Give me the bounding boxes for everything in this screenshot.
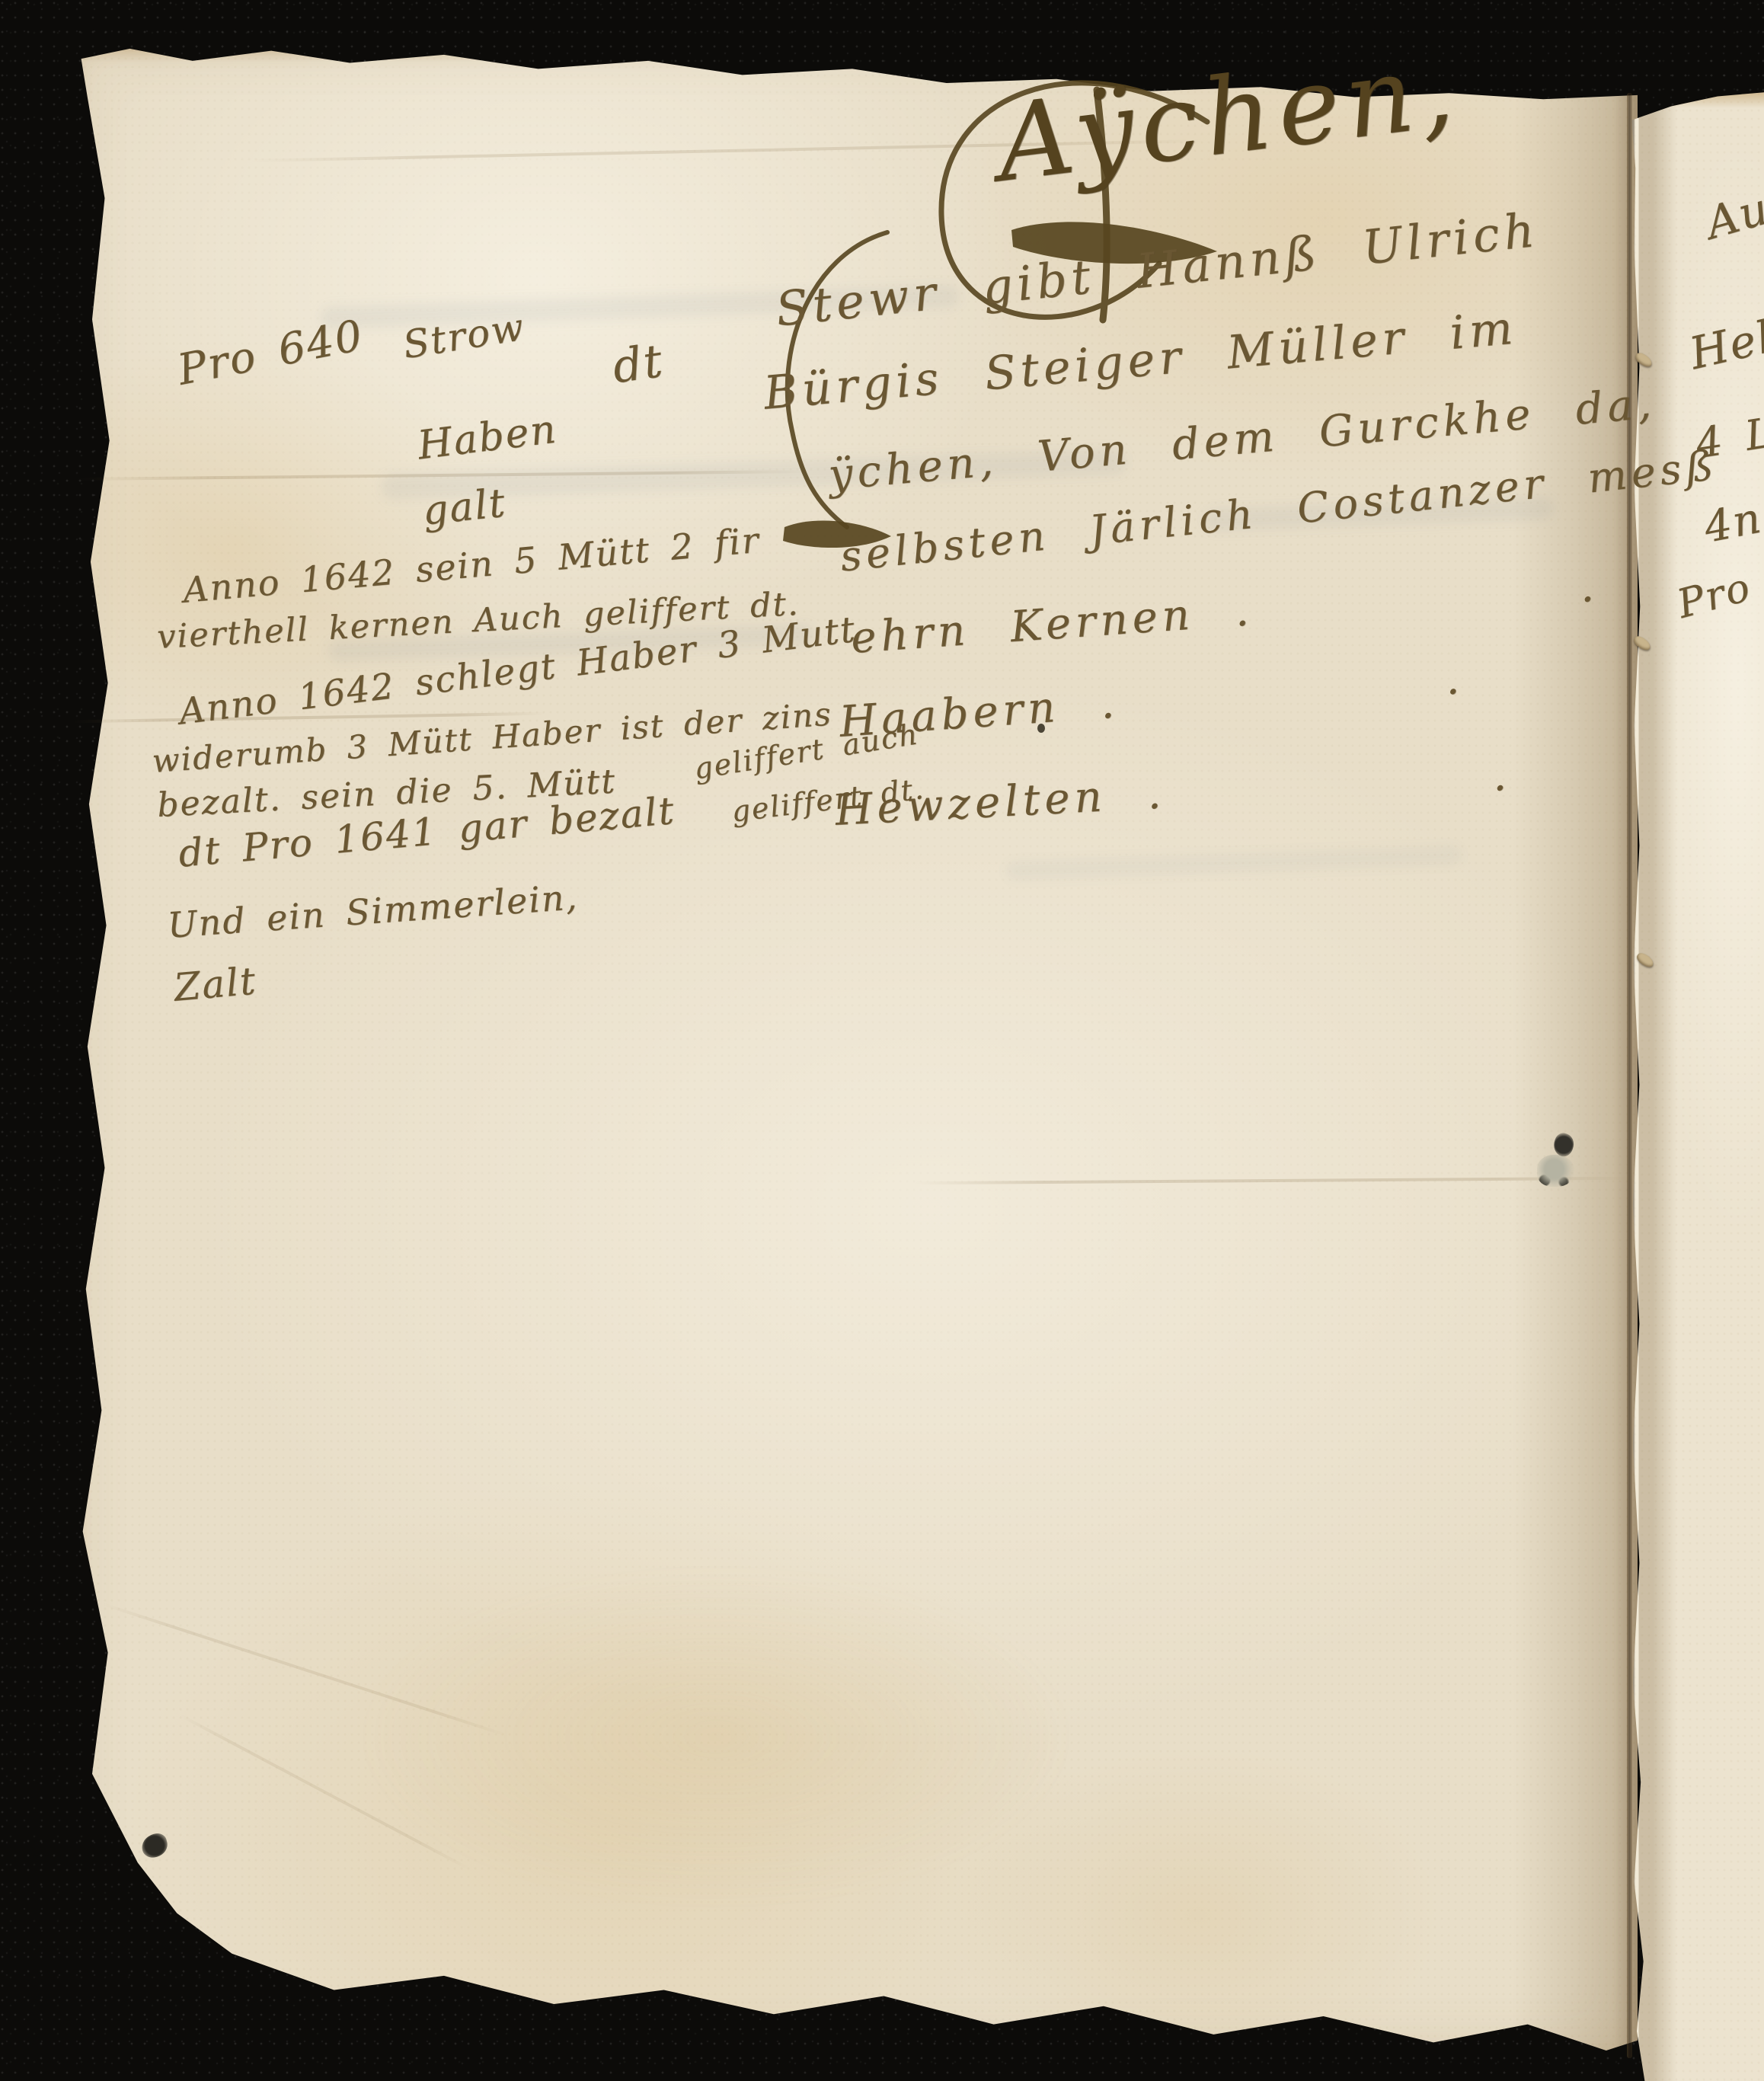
manuscript-fragment: 4n: [1700, 494, 1764, 553]
manuscript-fragment: Auc: [1700, 175, 1764, 250]
manuscript-line: Hewzelten . . 7. fl –: [834, 724, 1764, 836]
page-heading: Aÿchen,: [990, 27, 1465, 206]
ink-layer: Aÿchen,Stewr gibt Hannß UlrichBürgis Ste…: [0, 0, 1764, 2081]
manuscript-margin-line: Pro 640: [174, 311, 368, 395]
manuscript-fragment: Heb: [1685, 307, 1764, 379]
manuscript-fragment: 4 L: [1692, 408, 1764, 468]
manuscript-margin-line: Und ein Simmerlein,: [166, 876, 580, 946]
manuscript-margin-line: dt: [609, 334, 667, 395]
manuscript-margin-line: Strow: [400, 305, 528, 367]
manuscript-margin-line: galt: [420, 481, 508, 535]
manuscript-margin-line: Haben: [415, 407, 560, 469]
manuscript-margin-line: Zalt: [172, 959, 258, 1010]
photo-backdrop: { "document": { "kind": "handwritten man…: [0, 0, 1764, 2081]
